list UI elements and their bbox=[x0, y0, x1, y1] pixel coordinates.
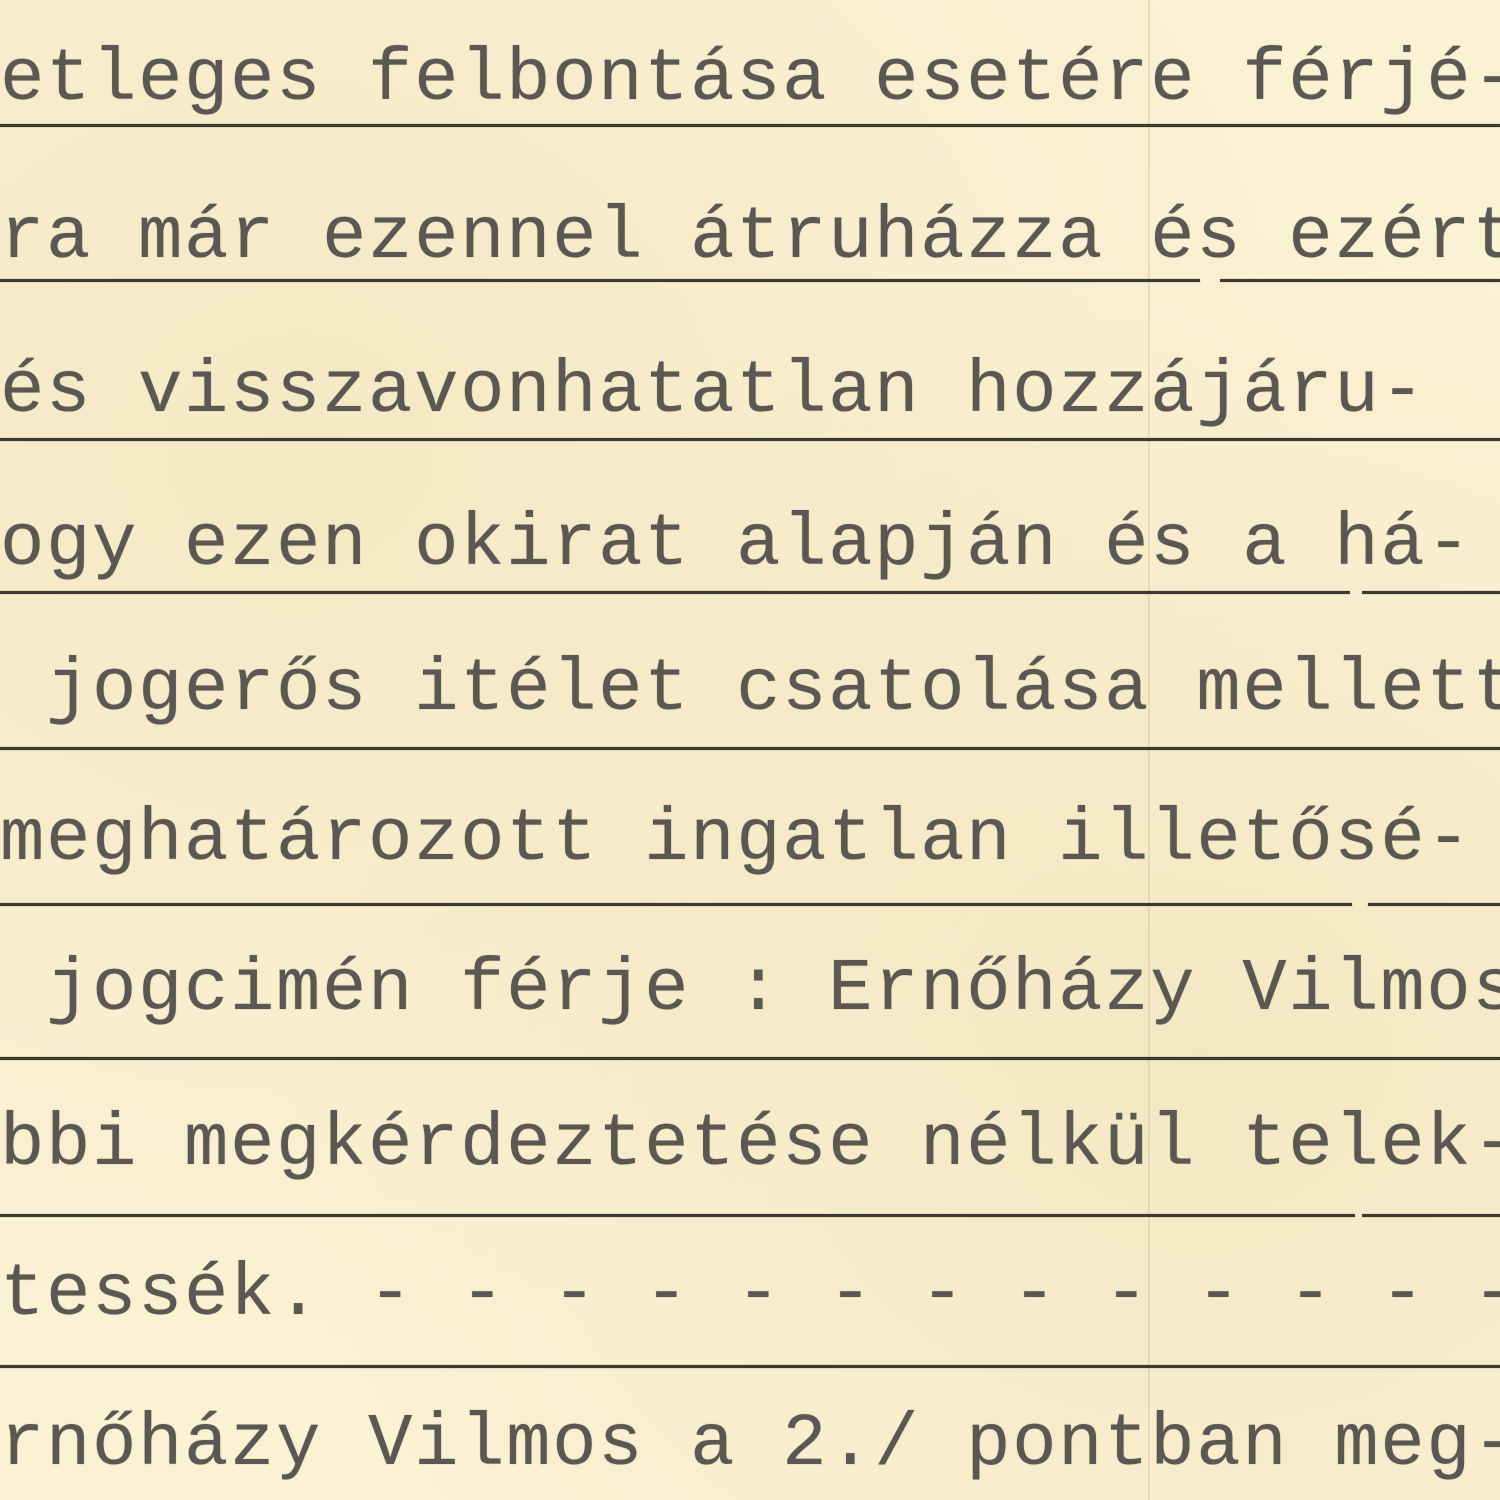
text-line-6: meghatározott ingatlan illetősé- bbox=[0, 800, 1472, 880]
text-line-8: bbi megkérdeztetése nélkül telek- bbox=[0, 1105, 1500, 1185]
underline-rule-5 bbox=[0, 747, 1500, 750]
text-line-3: és visszavonhatatlan hozzájáru- bbox=[0, 352, 1426, 432]
text-line-4: ogy ezen okirat alapján és a há- bbox=[0, 505, 1472, 585]
underline-rule-2a bbox=[0, 279, 1200, 282]
underline-rule-7 bbox=[0, 1057, 1500, 1060]
underline-rule-8b bbox=[1362, 1214, 1500, 1217]
text-line-5: jogerős itélet csatolása mellett bbox=[0, 650, 1500, 730]
underline-rule-2b bbox=[1220, 279, 1500, 282]
underline-rule-6b bbox=[1368, 903, 1500, 906]
underline-rule-4b bbox=[1362, 591, 1500, 594]
text-line-9: tessék. - - - - - - - - - - - - - bbox=[0, 1255, 1500, 1335]
text-line-2: ra már ezennel átruházza és ezért bbox=[0, 198, 1500, 278]
underline-rule-1 bbox=[0, 124, 1500, 127]
underline-rule-9 bbox=[0, 1365, 1500, 1368]
underline-rule-3 bbox=[0, 438, 1500, 441]
underline-rule-8a bbox=[0, 1214, 1355, 1217]
text-line-10: rnőházy Vilmos a 2./ pontban meg- bbox=[0, 1405, 1500, 1485]
underline-rule-4a bbox=[0, 591, 1350, 594]
underline-rule-6a bbox=[0, 903, 1352, 906]
text-line-1: etleges felbontása esetére férjé- bbox=[0, 40, 1500, 120]
text-line-7: jogcimén férje : Ernőházy Vilmos bbox=[0, 950, 1500, 1030]
